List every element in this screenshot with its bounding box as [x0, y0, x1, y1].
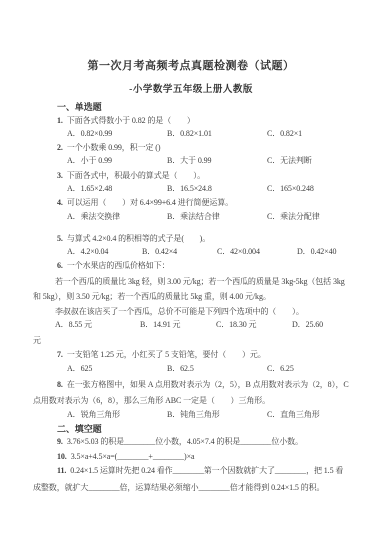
question-11-text-line-1: 0.24×1.5 运算时先把 0.24 看作________第一个因数就扩大了_… [70, 466, 343, 475]
question-3-number: 3. [57, 171, 63, 180]
question-11: 11.0.24×1.5 运算时先把 0.24 看作________第一个因数就扩… [57, 466, 343, 476]
question-6-option-d: D．25.60 [292, 320, 323, 330]
question-6: 6.一个水果店的西瓜价格如下： [57, 261, 170, 271]
question-8-option-c: C．直角三角形 [267, 410, 320, 420]
question-1-option-a: A．0.82×0.99 [67, 129, 112, 139]
question-9-number: 9. [57, 437, 63, 446]
question-8-number: 8. [57, 380, 63, 389]
question-11-text-line-2: 成整数，就扩大________倍，运算结果必须缩小________倍才能得到 0… [33, 483, 324, 493]
question-3-option-b: B．16.5×24.8 [167, 184, 212, 194]
question-1-option-b: B．0.82×1.01 [167, 129, 212, 139]
question-6-option-d-wrap: 元 [33, 336, 41, 346]
question-2-option-a: A．小于 0.99 [67, 156, 112, 166]
question-4-option-a: A．乘法交换律 [67, 212, 120, 222]
question-6-text: 一个水果店的西瓜价格如下： [67, 261, 170, 270]
question-5-option-d: D．0.42×40 [297, 247, 336, 257]
question-8-text-line-2: 点用数对表示为（6，8），那么三角形 ABC 一定是（ ）三角形。 [33, 396, 270, 406]
section-header-blank: 二、填空题 [57, 424, 102, 434]
question-1-option-c: C．0.82×1 [267, 129, 302, 139]
question-1-text: 下面各式得数小于 0.82 的是（ ） [67, 116, 195, 125]
page-subtitle: -小学数学五年级上册人教版 [0, 85, 382, 95]
question-7-option-a: A．625 [67, 364, 92, 374]
question-4: 4.可以运用（ ）对 6.4×99+6.4 进行简便运算。 [57, 198, 233, 208]
question-6-body-line-2: 和 5kg），则 3.50 元/kg；若一个西瓜的质量比 5kg 重，则 4.0… [33, 292, 271, 302]
question-6-option-c: C．18.30 元 [216, 320, 256, 330]
question-5-option-b: B．0.42×4 [142, 247, 177, 257]
question-6-number: 6. [57, 261, 63, 270]
question-5-text: 与算式 4.2×0.4 的积相等的式子是( )。 [67, 234, 210, 243]
question-6-option-b: B．14.91 元 [140, 320, 180, 330]
section-header-choice: 一、单选题 [57, 102, 102, 112]
question-3: 3.下面各式中，积最小的算式是（ ）。 [57, 171, 205, 181]
question-7-option-c: C．6.25 [267, 364, 294, 374]
question-8: 8.在一张方格图中，如果 A 点用数对表示为（2，5），B 点用数对表示为（2，… [57, 380, 349, 390]
question-7-text: 一支铅笔 1.25 元，小红买了 5 支铅笔，要付（ ）元。 [67, 350, 266, 359]
test-paper-page: 第一次月考高频考点真题检测卷（试题） -小学数学五年级上册人教版 一、单选题 1… [0, 0, 382, 540]
question-9-text: 3.76×5.03 的积是________位小数，4.05×7.4 的积是___… [67, 437, 303, 446]
question-8-text-line-1: 在一张方格图中，如果 A 点用数对表示为（2，5），B 点用数对表示为（2，8）… [67, 380, 349, 389]
question-4-number: 4. [57, 198, 63, 207]
question-9: 9.3.76×5.03 的积是________位小数，4.05×7.4 的积是_… [57, 437, 303, 447]
question-10: 10.3.5×a+4.5×a=(________+________)×a [57, 452, 194, 462]
question-5: 5.与算式 4.2×0.4 的积相等的式子是( )。 [57, 234, 210, 244]
question-10-number: 10. [57, 452, 67, 461]
question-2-option-c: C．无法判断 [267, 156, 312, 166]
question-7-number: 7. [57, 350, 63, 359]
question-3-text: 下面各式中，积最小的算式是（ ）。 [67, 171, 205, 180]
question-5-number: 5. [57, 234, 63, 243]
question-4-text: 可以运用（ ）对 6.4×99+6.4 进行简便运算。 [67, 198, 233, 207]
question-2-option-b: B．大于 0.99 [167, 156, 211, 166]
question-1: 1.下面各式得数小于 0.82 的是（ ） [57, 116, 195, 126]
question-4-option-b: B．乘法结合律 [167, 212, 220, 222]
question-5-option-c: C．42×0.004 [217, 247, 260, 257]
question-8-option-a: A．锐角三角形 [67, 410, 120, 420]
question-6-body-line-3: 李叔叔在该店买了一个西瓜，总价不可能是下列四个选项中的（ ）。 [55, 307, 304, 317]
question-3-option-a: A．1.65×2.48 [67, 184, 112, 194]
page-title: 第一次月考高频考点真题检测卷（试题） [0, 61, 382, 71]
question-11-number: 11. [57, 466, 66, 475]
question-1-number: 1. [57, 116, 63, 125]
question-4-option-c: C．乘法分配律 [267, 212, 320, 222]
question-2-text: 一个小数乘 0.99，积一定 () [67, 143, 161, 152]
question-2-number: 2. [57, 143, 63, 152]
question-7: 7.一支铅笔 1.25 元，小红买了 5 支铅笔，要付（ ）元。 [57, 350, 266, 360]
question-6-body-line-1: 若一个西瓜的质量比 3kg 轻，则 3.00 元/kg；若一个西瓜的质量是 3k… [55, 277, 345, 287]
question-2: 2.一个小数乘 0.99，积一定 () [57, 143, 160, 153]
question-5-option-a: A．4.2×0.04 [67, 247, 108, 257]
question-6-option-a: A．8.55 元 [55, 320, 92, 330]
question-8-option-b: B．钝角三角形 [167, 410, 220, 420]
question-3-option-c: C．165×0.248 [267, 184, 314, 194]
question-10-text: 3.5×a+4.5×a=(________+________)×a [71, 452, 195, 461]
question-7-option-b: B．62.5 [167, 364, 194, 374]
